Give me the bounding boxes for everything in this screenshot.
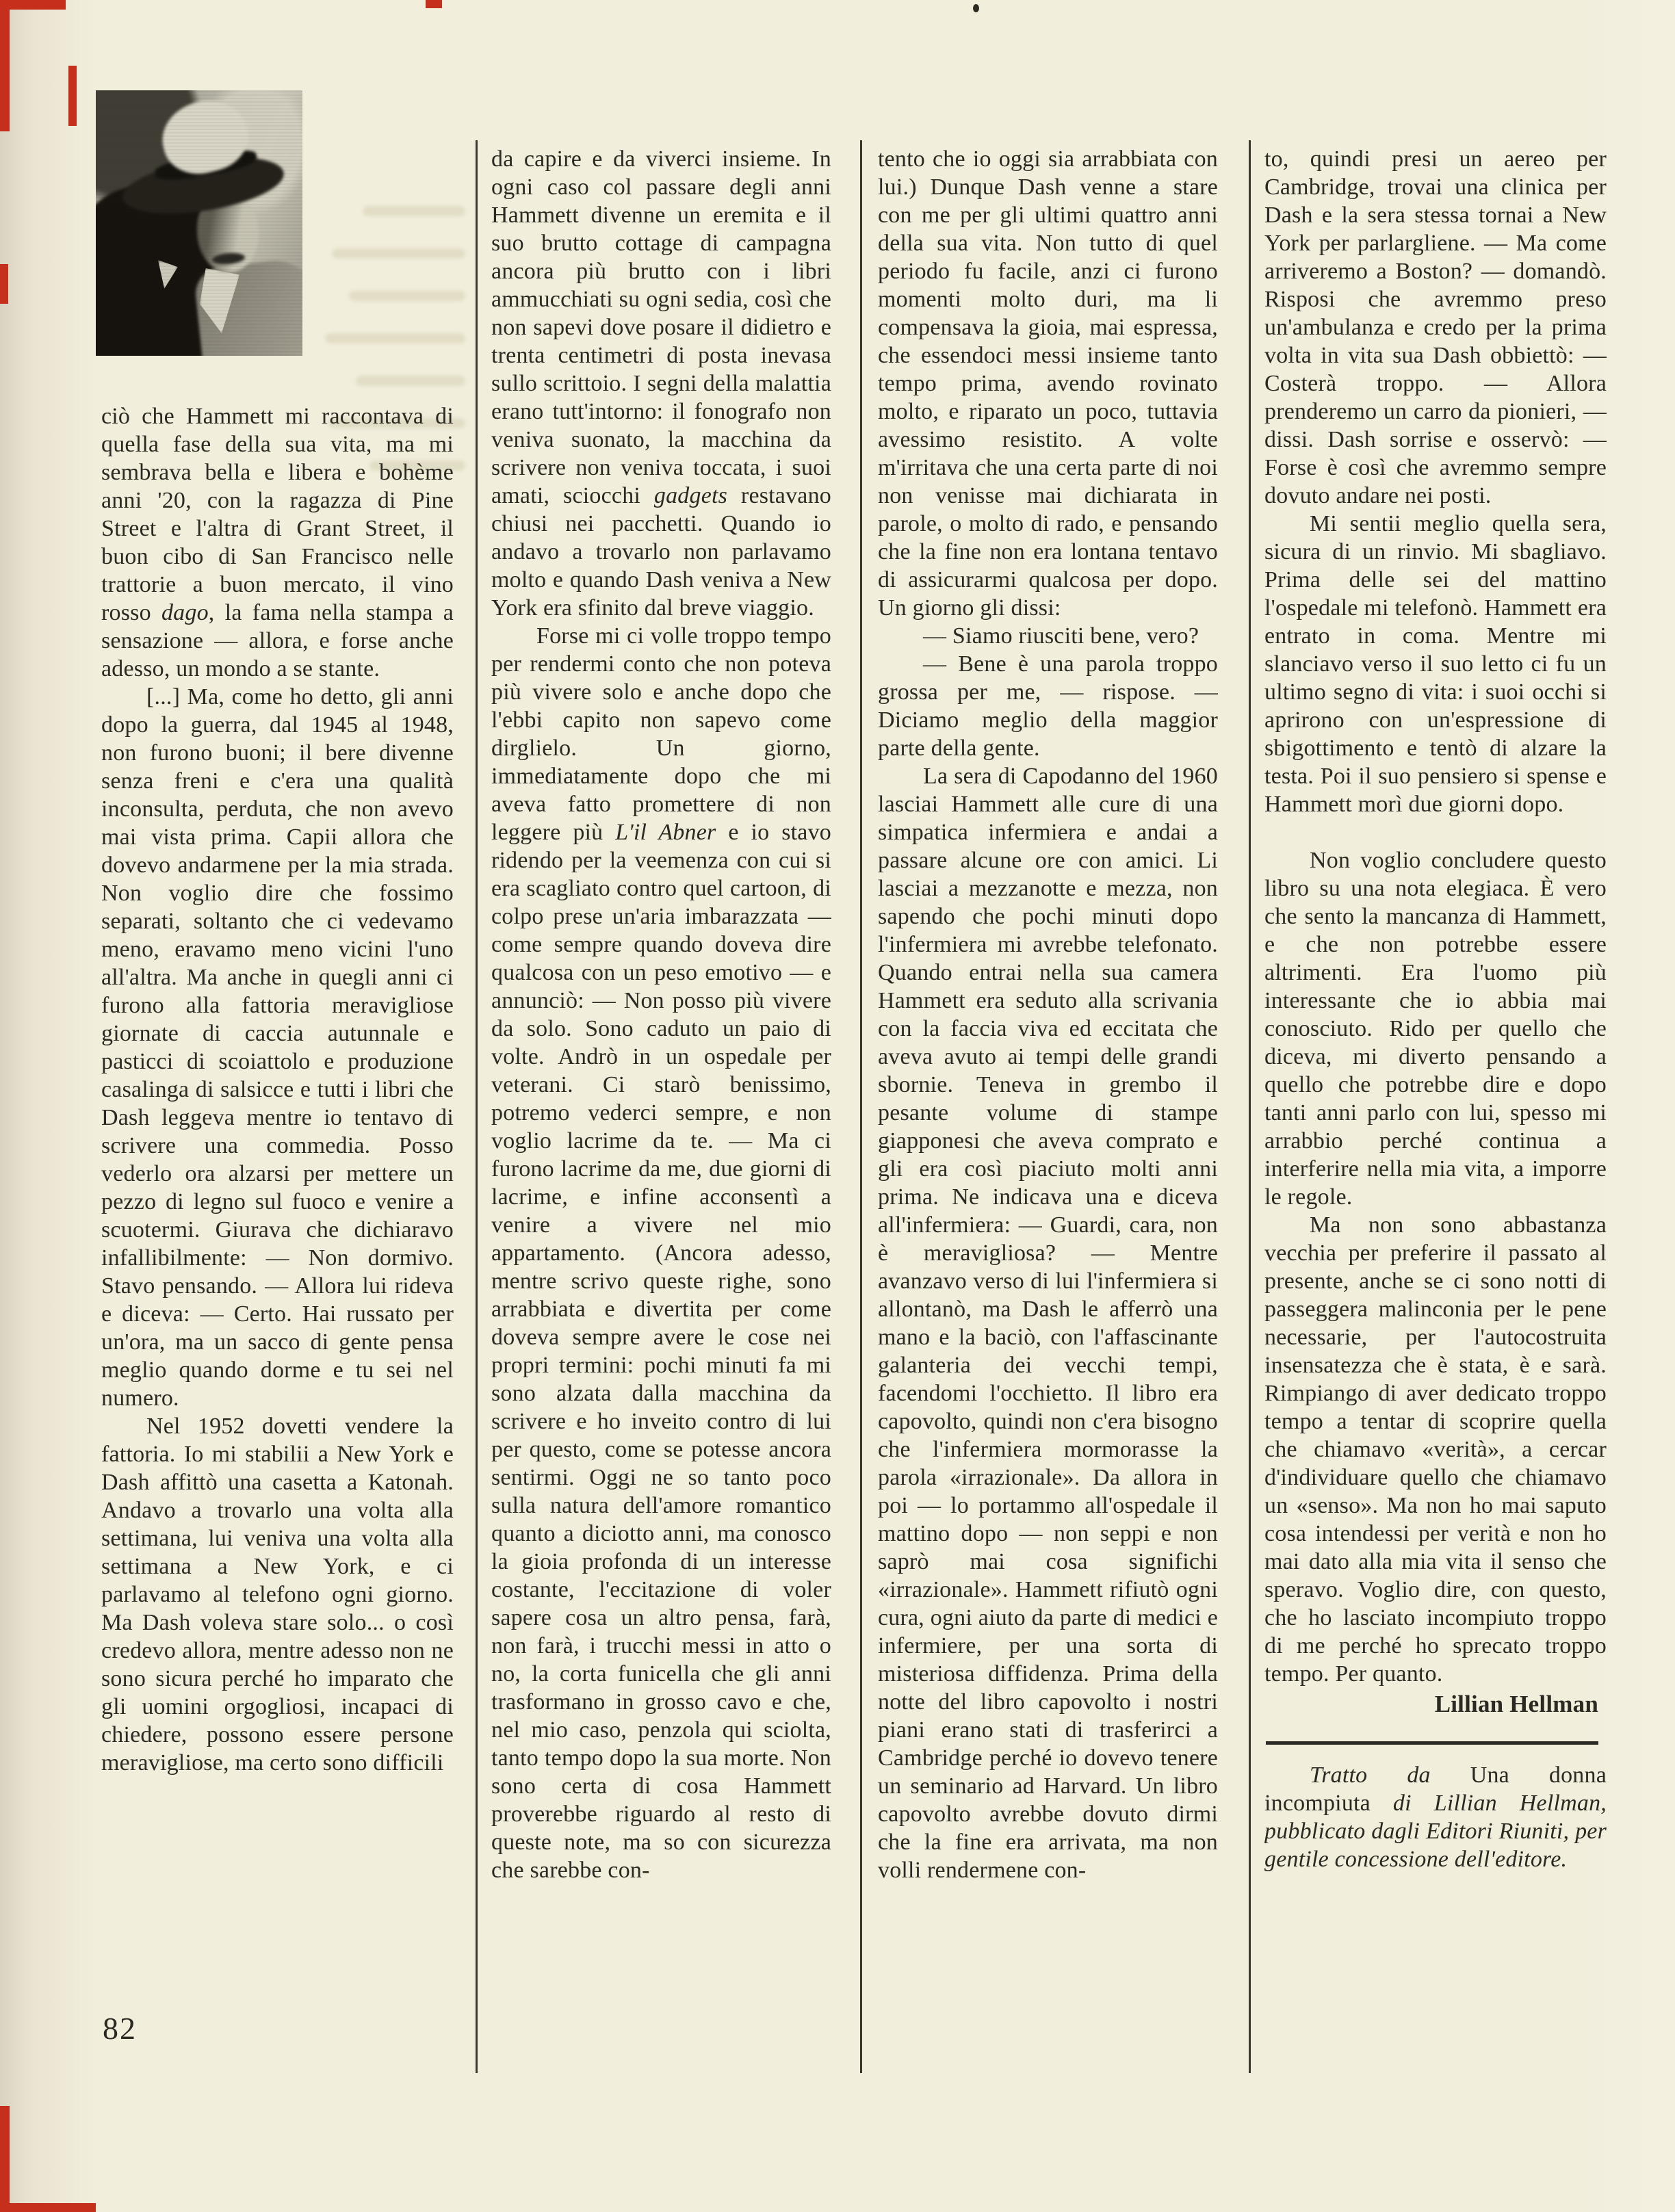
credit-divider-rule — [1266, 1741, 1598, 1745]
author-signature: Lillian Hellman — [1264, 1690, 1607, 1718]
text-segment: Non voglio concludere questo libro su un… — [1264, 848, 1607, 1210]
paragraph: Tratto da Una donna incompiuta di Lillia… — [1264, 1761, 1607, 1873]
crop-mark-left-tick — [0, 264, 8, 304]
italic-text-segment: gadgets — [654, 483, 727, 508]
text-column-1: ciò che Hammett mi raccontava di quella … — [101, 402, 454, 1976]
text-segment: Nel 1952 dovetti vendere la fattoria. Io… — [101, 1414, 454, 1775]
paragraph: ciò che Hammett mi raccontava di quella … — [101, 402, 454, 683]
source-credit: Tratto da Una donna incompiuta di Lillia… — [1264, 1761, 1607, 1873]
column-3-paragraphs: tento che io oggi sia arrabbiata con lui… — [878, 145, 1218, 1884]
text-segment: tento che io oggi sia arrabbiata con lui… — [878, 146, 1218, 621]
text-segment: Ma non sono abbastanza vecchia per prefe… — [1264, 1212, 1607, 1687]
text-segment: ciò che Hammett mi raccontava di quella … — [101, 404, 454, 625]
paragraph: La sera di Capodanno del 1960 lasciai Ha… — [878, 762, 1218, 1884]
crop-mark-top-left-vertical — [0, 0, 10, 131]
column-2-paragraphs: da capire e da viverci insieme. In ogni … — [491, 145, 831, 1884]
paragraph: da capire e da viverci insieme. In ogni … — [491, 145, 831, 622]
text-segment: — Bene è una parola troppo grossa per me… — [878, 651, 1218, 761]
paragraph: Mi sentii meglio quella sera, sicura di … — [1264, 510, 1607, 818]
crop-mark-bottom-left-horizontal — [0, 2203, 96, 2212]
text-segment: da capire e da viverci insieme. In ogni … — [491, 146, 831, 508]
paragraph: — Siamo riusciti bene, vero? — [878, 622, 1218, 650]
paragraph: — Bene è una parola troppo grossa per me… — [878, 650, 1218, 762]
photo-halftone-grain — [96, 90, 302, 356]
text-column-2: da capire e da viverci insieme. In ogni … — [491, 145, 831, 2081]
text-column-3: tento che io oggi sia arrabbiata con lui… — [878, 145, 1218, 2081]
italic-text-segment: Tratto da — [1310, 1762, 1470, 1788]
paragraph: tento che io oggi sia arrabbiata con lui… — [878, 145, 1218, 622]
page-number: 82 — [103, 2010, 137, 2046]
paragraph: Non voglio concludere questo libro su un… — [1264, 846, 1607, 1211]
text-segment: [...] Ma, come ho detto, gli anni dopo l… — [101, 684, 454, 1411]
column-1-paragraphs: ciò che Hammett mi raccontava di quella … — [101, 402, 454, 1777]
paragraph: Forse mi ci volle troppo tempo per rende… — [491, 622, 831, 1884]
column-4-paragraphs: to, quindi presi un aereo per Cambridge,… — [1264, 145, 1607, 1688]
paragraph: Ma non sono abbastanza vecchia per prefe… — [1264, 1211, 1607, 1688]
ink-speck — [973, 4, 979, 12]
text-segment: e io stavo ridendo per la veemenza con c… — [491, 820, 831, 1883]
crop-mark-top-tick — [426, 0, 442, 8]
paragraph: [...] Ma, come ho detto, gli anni dopo l… — [101, 683, 454, 1412]
text-segment: to, quindi presi un aereo per Cambridge,… — [1264, 146, 1607, 508]
column-divider-rule-2 — [860, 140, 862, 2073]
text-segment: Mi sentii meglio quella sera, sicura di … — [1264, 511, 1607, 817]
italic-text-segment: L'il Abner — [615, 820, 716, 845]
crop-mark-bottom-left-vertical — [0, 2106, 10, 2212]
italic-text-segment: dago — [161, 600, 209, 625]
crop-mark-top-left-inner — [68, 66, 77, 126]
text-column-4: to, quindi presi un aereo per Cambridge,… — [1264, 145, 1607, 2081]
text-segment: — Siamo riusciti bene, vero? — [923, 623, 1199, 649]
magazine-page: ciò che Hammett mi raccontava di quella … — [0, 0, 1675, 2212]
paragraph: Nel 1952 dovetti vendere la fattoria. Io… — [101, 1412, 454, 1777]
column-divider-rule-1 — [476, 140, 478, 2073]
hammett-portrait-photo — [96, 90, 302, 356]
text-segment: Forse mi ci volle troppo tempo per rende… — [491, 623, 831, 845]
paragraph: to, quindi presi un aereo per Cambridge,… — [1264, 145, 1607, 510]
crop-mark-top-left-horizontal — [0, 0, 66, 10]
text-segment: La sera di Capodanno del 1960 lasciai Ha… — [878, 764, 1218, 1883]
column-divider-rule-3 — [1249, 140, 1251, 2073]
